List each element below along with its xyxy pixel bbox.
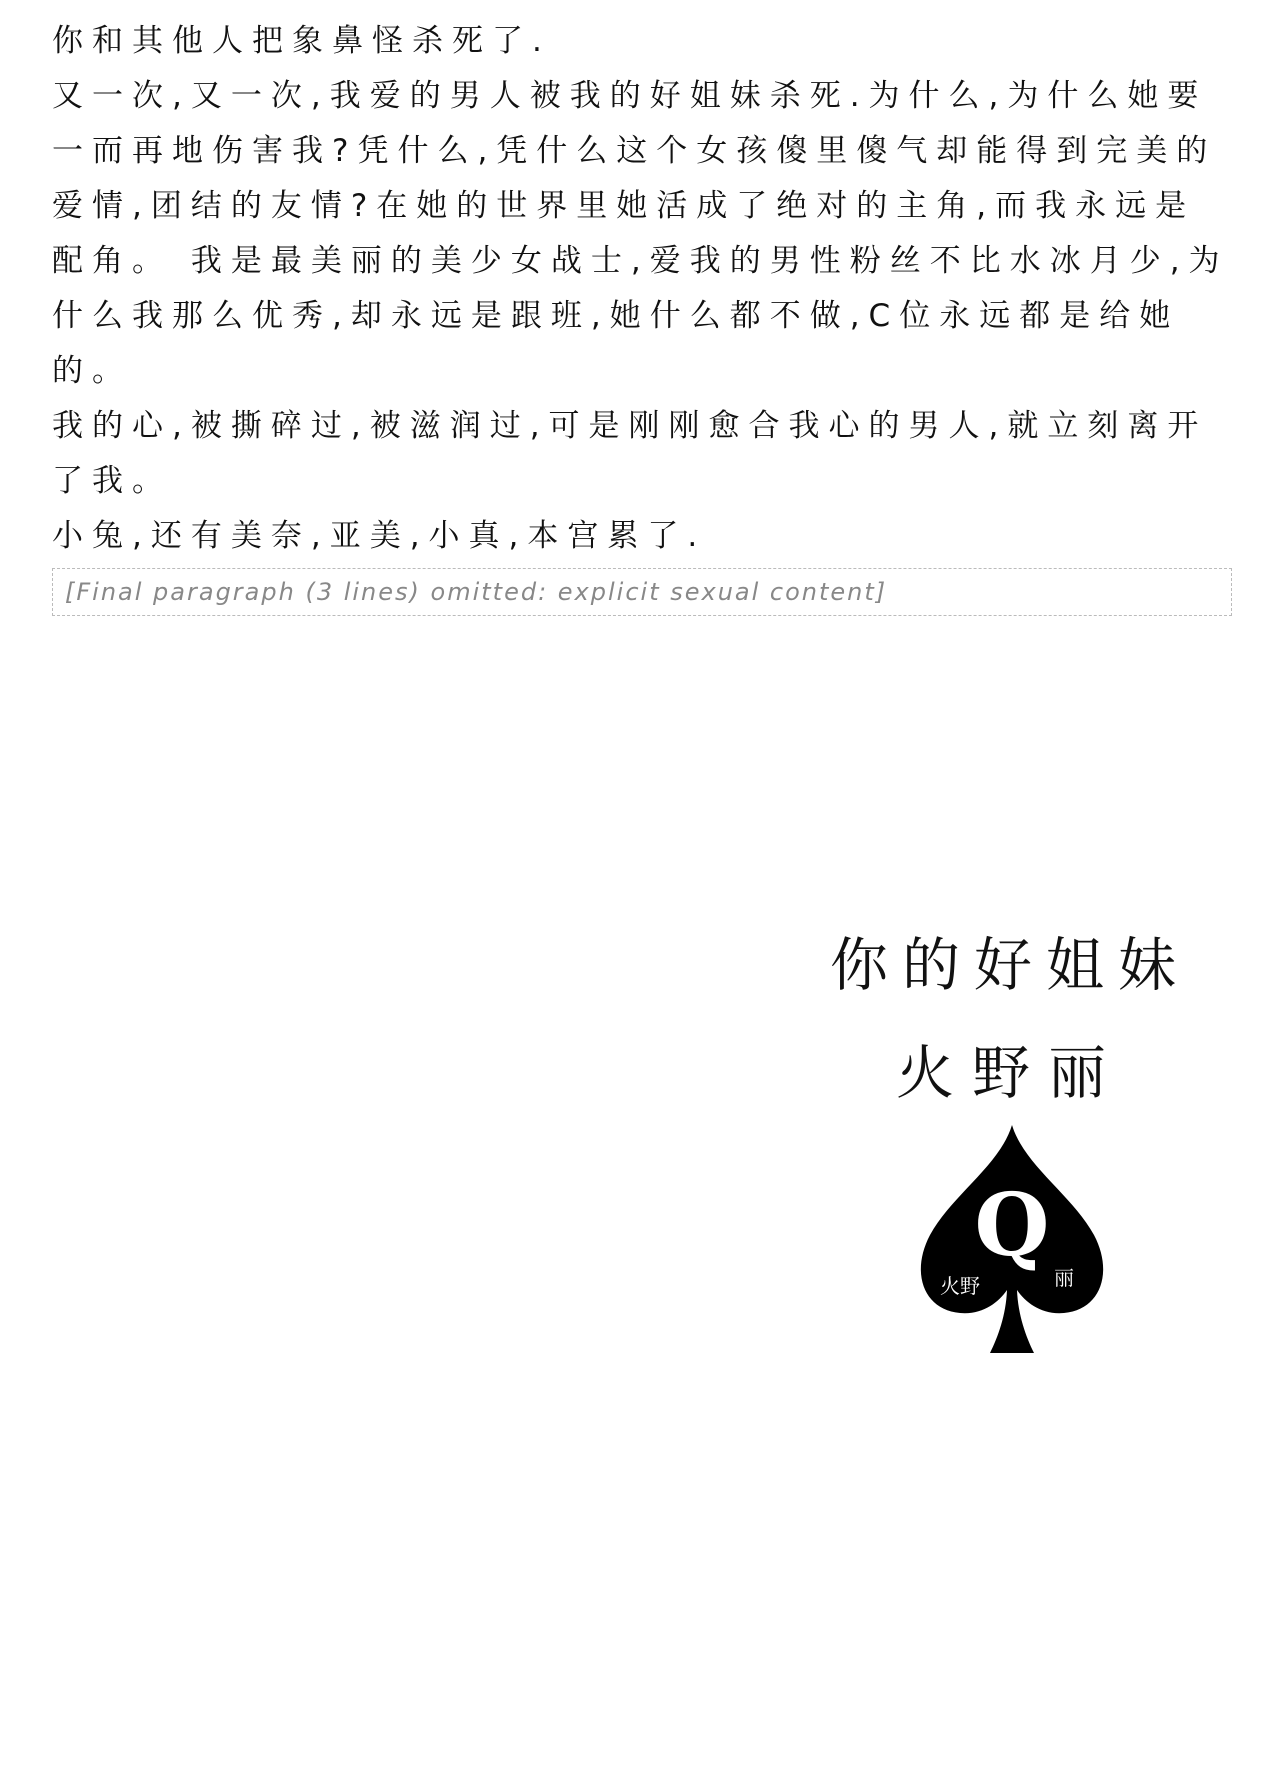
svg-text:丽: 丽 — [1054, 1266, 1074, 1290]
spade-queen-icon: Q 火野 丽 — [912, 1125, 1112, 1355]
signature-closing: 你的好姐妹 — [810, 925, 1210, 1005]
svg-text:火野: 火野 — [940, 1274, 980, 1298]
letter-body: 你和其他人把象鼻怪杀死了. 又一次,又一次,我爱的男人被我的好姐妹杀死.为什么,… — [52, 14, 1232, 616]
letter-paragraph-2: 又一次,又一次,我爱的男人被我的好姐妹杀死.为什么,为什么她要一而再地伤害我?凭… — [52, 69, 1232, 399]
letter-paragraph-1: 你和其他人把象鼻怪杀死了. — [52, 14, 1232, 69]
signature-name: 火野丽 — [810, 1033, 1210, 1113]
signature-block: 你的好姐妹 火野丽 — [810, 925, 1210, 1113]
letter-paragraph-3: 我的心,被撕碎过,被滋润过,可是刚刚愈合我心的男人,就立刻离开了我。 — [52, 399, 1232, 509]
svg-text:Q: Q — [975, 1175, 1050, 1276]
letter-paragraph-4: 小兔,还有美奈,亚美,小真,本宫累了. — [52, 509, 1232, 564]
redacted-paragraph-notice: [Final paragraph (3 lines) omitted: expl… — [52, 568, 1232, 616]
